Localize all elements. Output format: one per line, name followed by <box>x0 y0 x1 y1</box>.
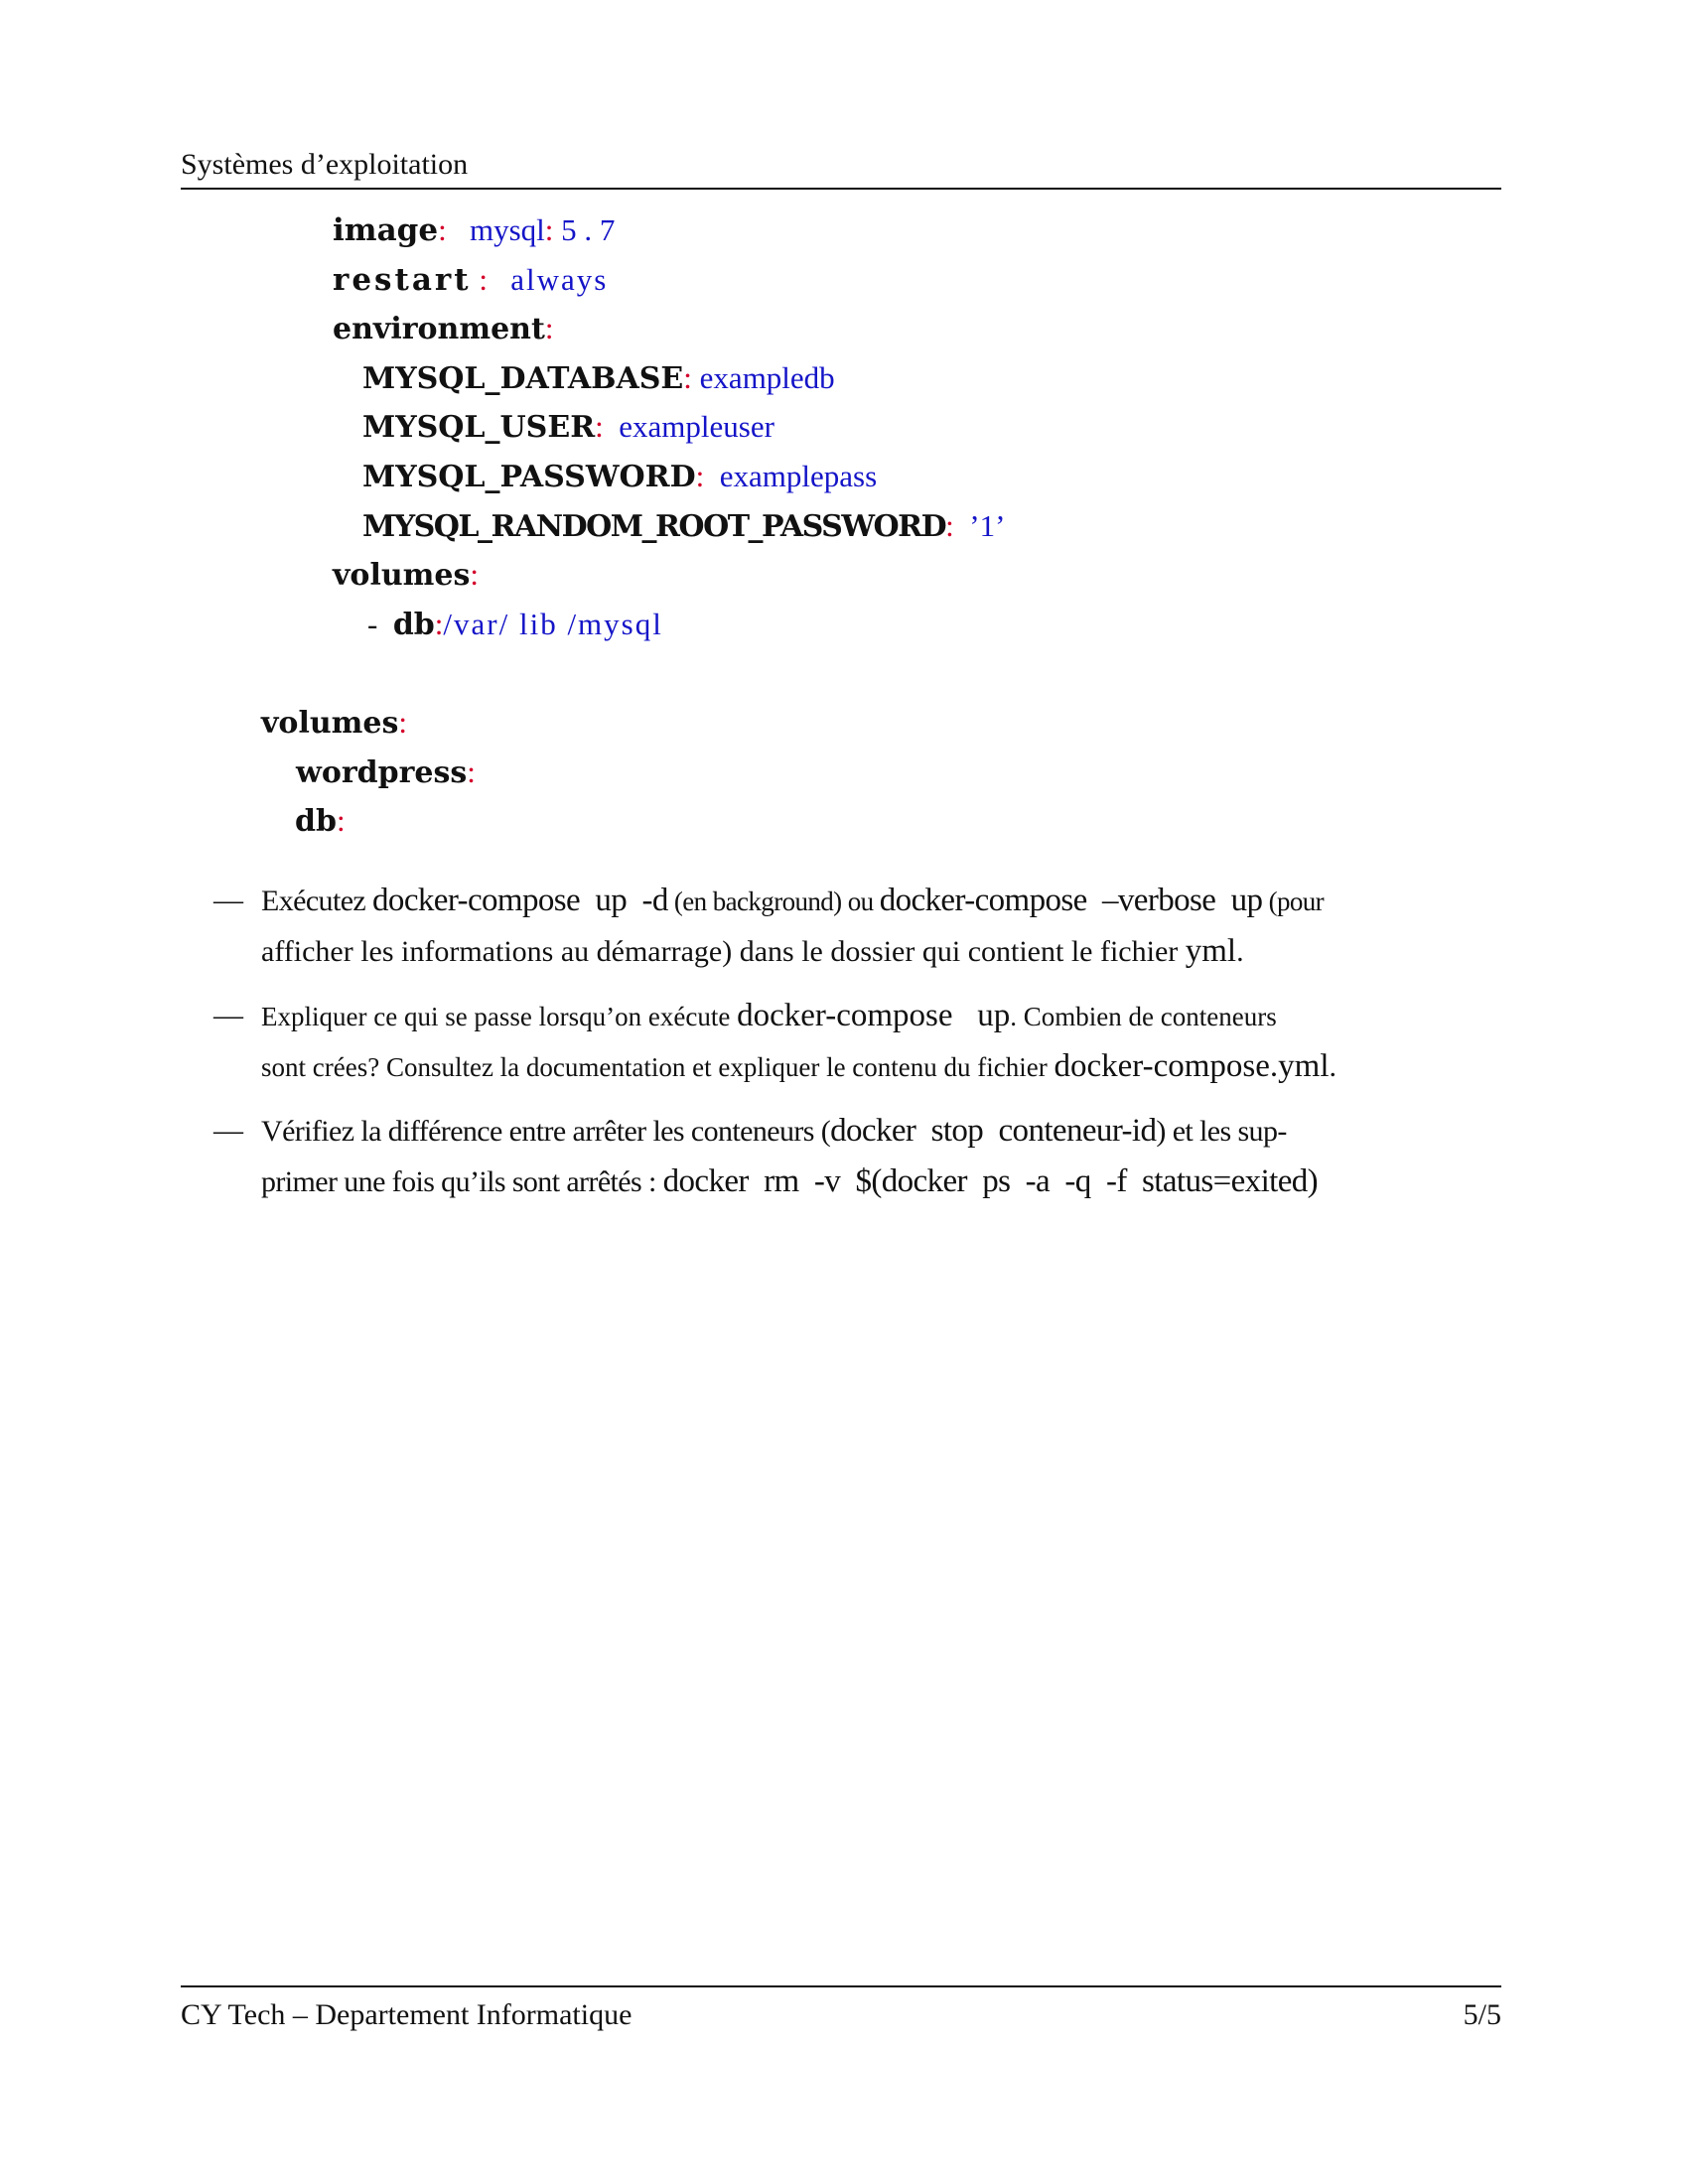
yaml-value: /var/ lib /mysql <box>443 607 662 641</box>
code-line-image: image: mysql: 5 . 7 <box>333 210 615 250</box>
yaml-key: environment <box>333 312 545 346</box>
list-item: — Vérifiez la différence entre arrêter l… <box>213 1106 1534 1207</box>
course-title: Systèmes d’exploitation <box>181 148 468 181</box>
code-line-mysql-random-root-password: MYSQL_RANDOM_ROOT_PASSWORD: ’1’ <box>362 506 1005 547</box>
text: (pour <box>1262 887 1324 916</box>
yaml-key: MYSQL_DATABASE <box>362 361 683 396</box>
code-line-environment: environment: <box>333 309 553 349</box>
code-line-db: db: <box>295 801 346 842</box>
list-item-line: Expliquer ce qui se passe lorsqu’on exéc… <box>261 991 1534 1041</box>
yaml-colon: : <box>545 311 554 345</box>
code-line-volume-mount: - db:/var/ lib /mysql <box>367 605 663 645</box>
yaml-key: volumes <box>261 706 398 741</box>
yaml-key: wordpress <box>296 755 467 790</box>
yaml-list-dash: - <box>367 607 377 641</box>
yaml-key: restart <box>333 262 472 298</box>
yaml-colon: : <box>398 705 407 740</box>
command: docker-compose.yml <box>1054 1048 1329 1084</box>
text: . <box>1330 1050 1337 1083</box>
yaml-value: 5 . 7 <box>561 212 615 247</box>
code-line-volumes: volumes: <box>333 555 479 596</box>
list-item-line: primer une fois qu’ils sont arrêtés : do… <box>261 1157 1534 1207</box>
code-line-top-volumes: volumes: <box>261 703 407 744</box>
code-line-mysql-password: MYSQL_PASSWORD: examplepass <box>362 457 877 497</box>
yaml-colon: : <box>696 459 705 493</box>
list-item: — Expliquer ce qui se passe lorsqu’on ex… <box>213 991 1534 1092</box>
text: Vérifiez la différence entre arrêter les… <box>261 1115 830 1148</box>
yaml-key: db <box>295 804 337 839</box>
em-dash-bullet: — <box>213 1106 243 1156</box>
list-item-line: afficher les informations au démarrage) … <box>261 926 1534 977</box>
yaml-colon: : <box>470 557 479 592</box>
text: . <box>1236 935 1244 968</box>
yaml-value: always <box>510 262 608 297</box>
yaml-key: MYSQL_USER <box>362 410 595 445</box>
code-line-mysql-user: MYSQL_USER: exampleuser <box>362 407 774 448</box>
yaml-colon: : <box>595 409 604 444</box>
command: yml <box>1186 933 1236 969</box>
instruction-list: — Exécutez docker-compose up -d (en back… <box>213 876 1534 1221</box>
em-dash-bullet: — <box>213 876 243 925</box>
yaml-colon: : <box>545 212 554 247</box>
list-item-line: Exécutez docker-compose up -d (en backgr… <box>261 876 1534 926</box>
text: . Combien de conteneurs <box>1010 1002 1276 1031</box>
list-item-line: Vérifiez la différence entre arrêter les… <box>261 1106 1534 1157</box>
yaml-value: mysql <box>470 212 545 247</box>
code-line-wordpress: wordpress: <box>296 752 476 793</box>
yaml-colon: : <box>945 508 954 543</box>
yaml-value: exampledb <box>700 360 835 395</box>
page-number: 5/5 <box>1464 1997 1501 2033</box>
command: docker rm -v $(docker ps -a -q -f status… <box>663 1163 1318 1199</box>
list-item: — Exécutez docker-compose up -d (en back… <box>213 876 1534 977</box>
list-item-line: sont crées? Consultez la documentation e… <box>261 1041 1534 1092</box>
code-line-mysql-database: MYSQL_DATABASE: exampledb <box>362 358 835 399</box>
text: primer une fois qu’ils sont arrêtés : <box>261 1165 663 1198</box>
yaml-value: exampleuser <box>619 409 774 444</box>
yaml-colon: : <box>683 360 692 395</box>
yaml-key: volumes <box>333 558 470 593</box>
command: docker stop conteneur-id <box>830 1113 1156 1149</box>
command: docker-compose –verbose up <box>880 883 1263 918</box>
yaml-colon: : <box>472 262 495 297</box>
text: sont crées? Consultez la documentation e… <box>261 1052 1054 1082</box>
command: docker-compose up <box>737 998 1010 1033</box>
yaml-value: examplepass <box>720 459 877 493</box>
text: Expliquer ce qui se passe lorsqu’on exéc… <box>261 1002 737 1031</box>
text: ) et les sup- <box>1156 1115 1286 1148</box>
yaml-key: MYSQL_PASSWORD <box>362 460 696 494</box>
yaml-value: ’1’ <box>969 508 1005 543</box>
yaml-key: MYSQL_RANDOM_ROOT_PASSWORD <box>362 509 945 544</box>
text: (en background) ou <box>668 887 880 916</box>
command: docker-compose up -d <box>372 883 668 918</box>
code-line-restart: restart : always <box>333 260 608 300</box>
yaml-key: image <box>333 212 438 248</box>
text: Exécutez <box>261 885 372 917</box>
footer-rule <box>181 1985 1501 1987</box>
em-dash-bullet: — <box>213 991 243 1040</box>
header-rule <box>181 188 1501 190</box>
text: afficher les informations au démarrage) … <box>261 935 1186 968</box>
yaml-colon: : <box>467 754 476 789</box>
yaml-key: db <box>393 608 435 642</box>
yaml-colon: : <box>438 212 447 247</box>
yaml-colon: : <box>337 803 346 838</box>
running-header: Systèmes d’exploitation <box>181 147 1501 183</box>
footer-department: CY Tech – Departement Informatique <box>181 1997 632 2033</box>
